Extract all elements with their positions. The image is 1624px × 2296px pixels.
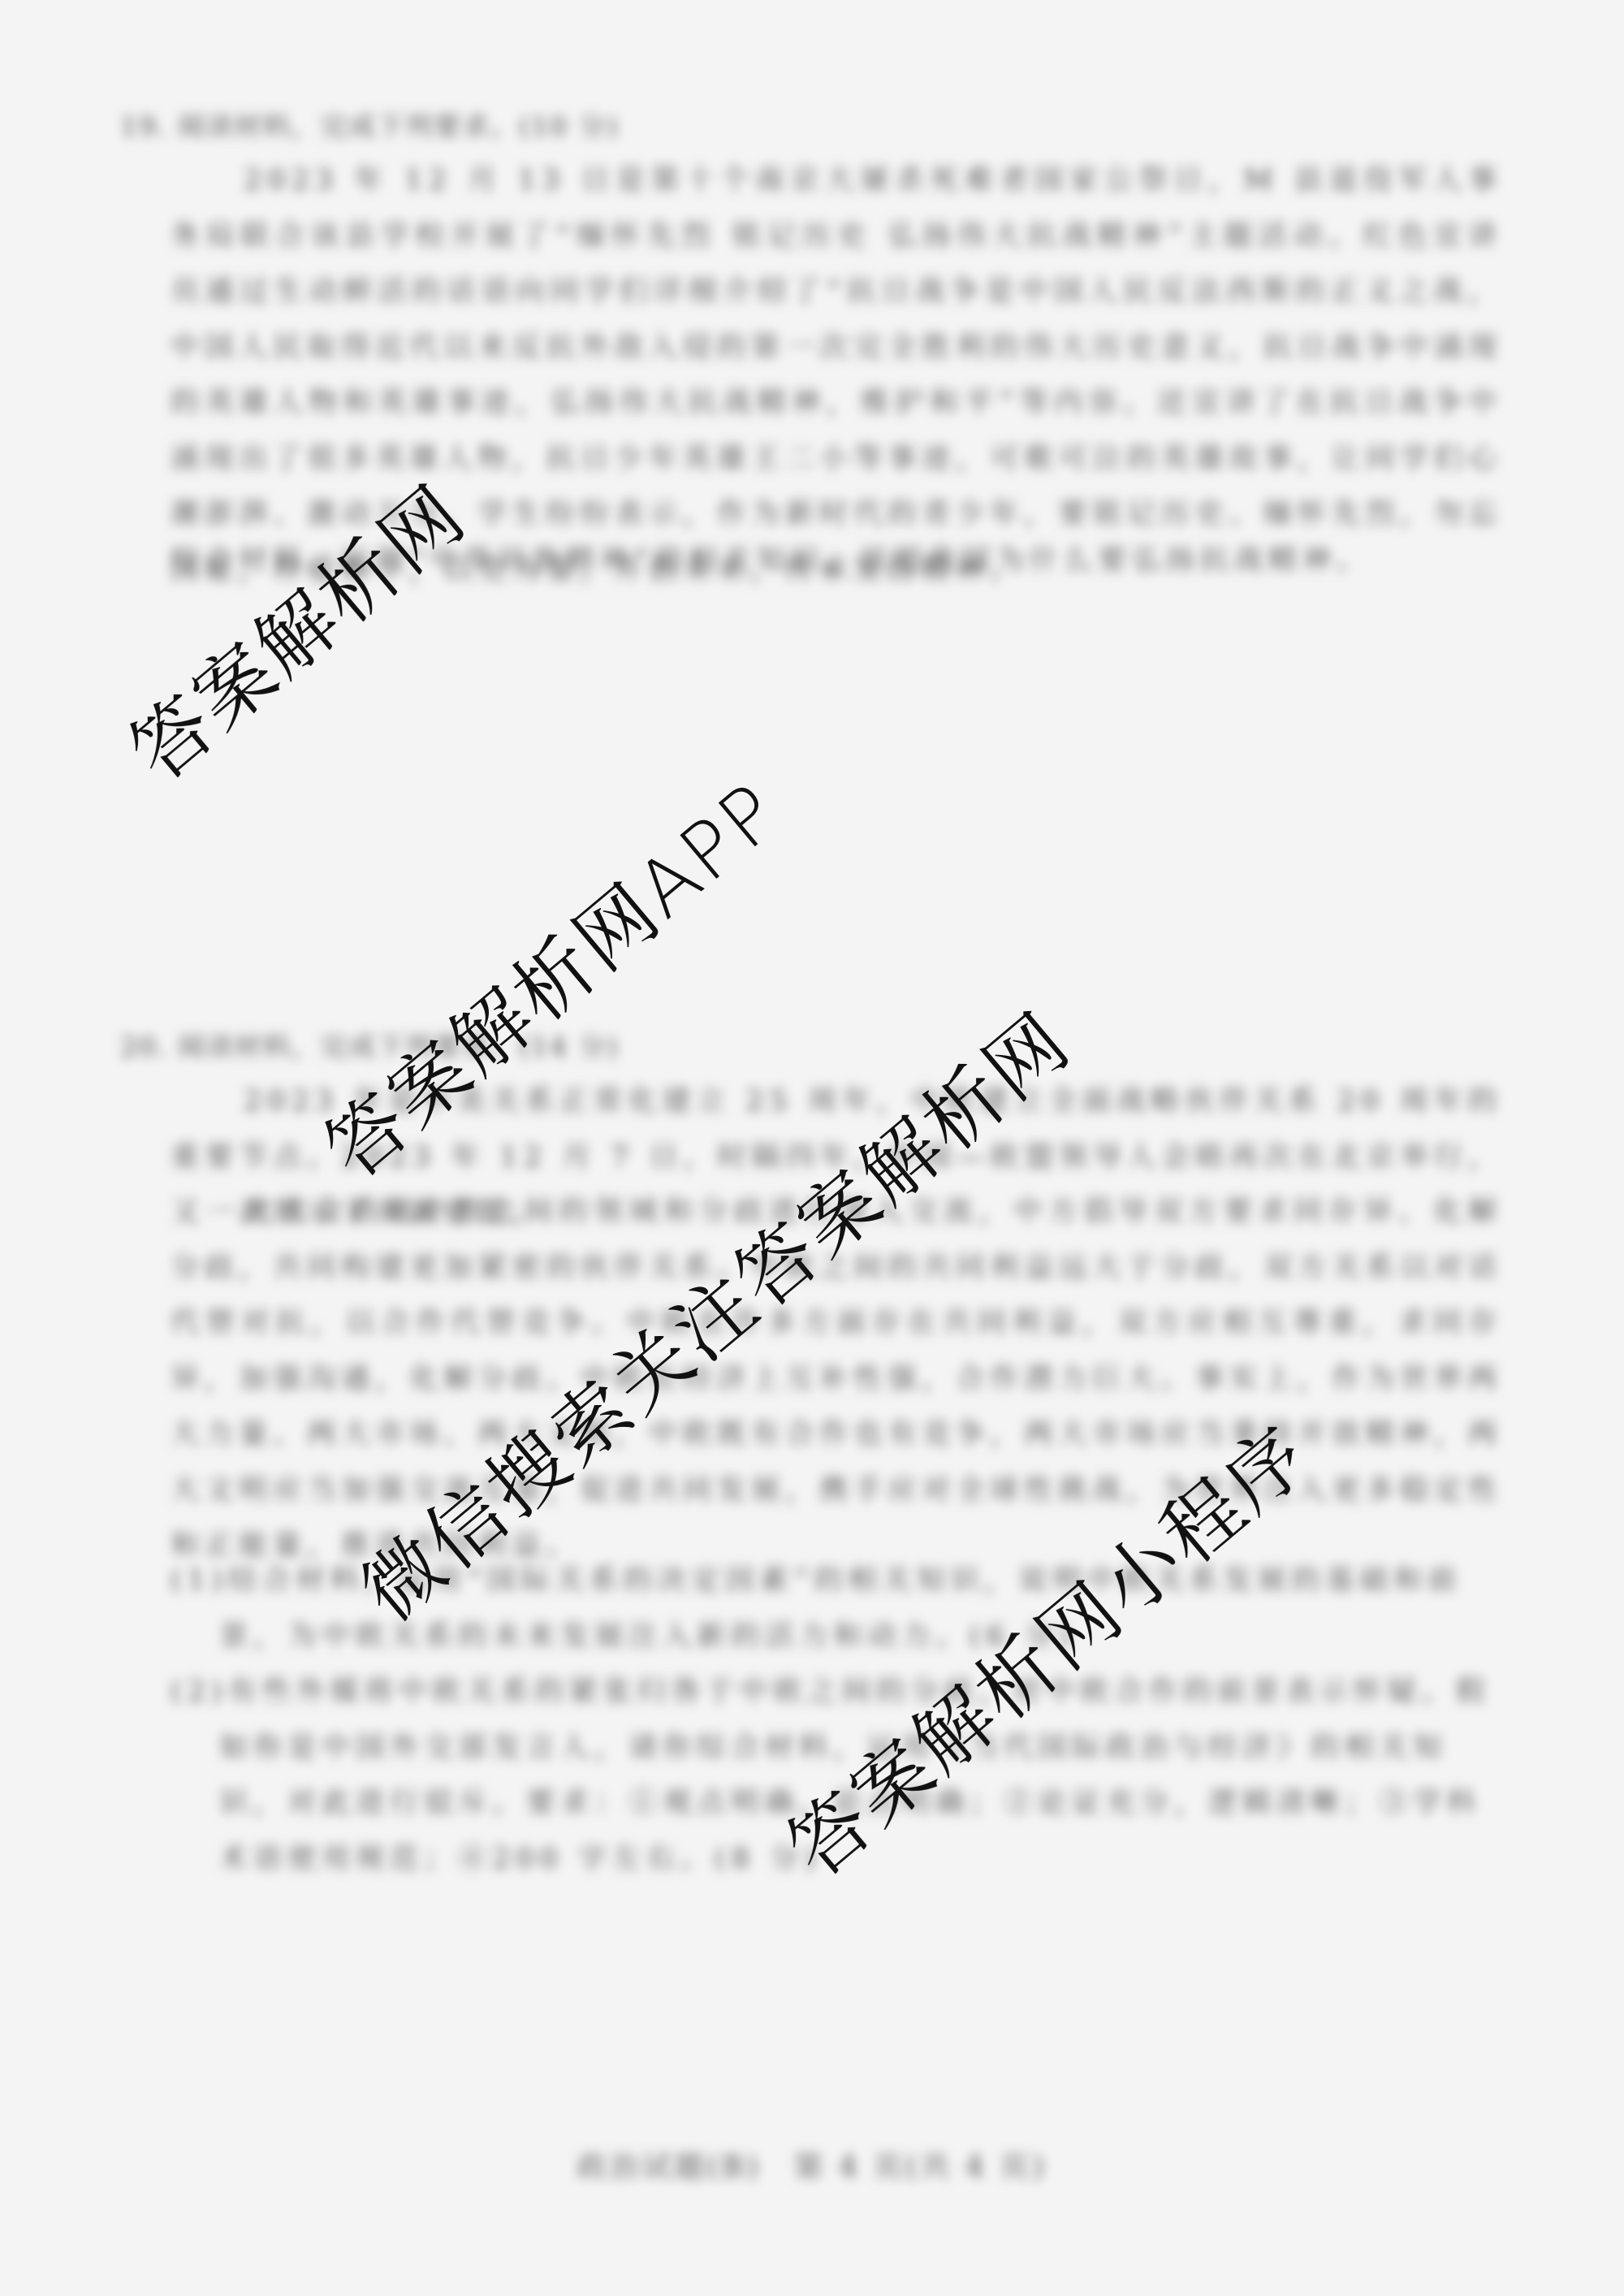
page-footer: 政治试题(B) 第 4 页(共 4 页) [0, 2144, 1624, 2186]
question-19-header: 19. 阅读材料，完成下列要求。(10 分) [120, 106, 619, 144]
exam-page: 19. 阅读材料，完成下列要求。(10 分) 2023 年 12 月 13 日是… [0, 0, 1624, 2296]
